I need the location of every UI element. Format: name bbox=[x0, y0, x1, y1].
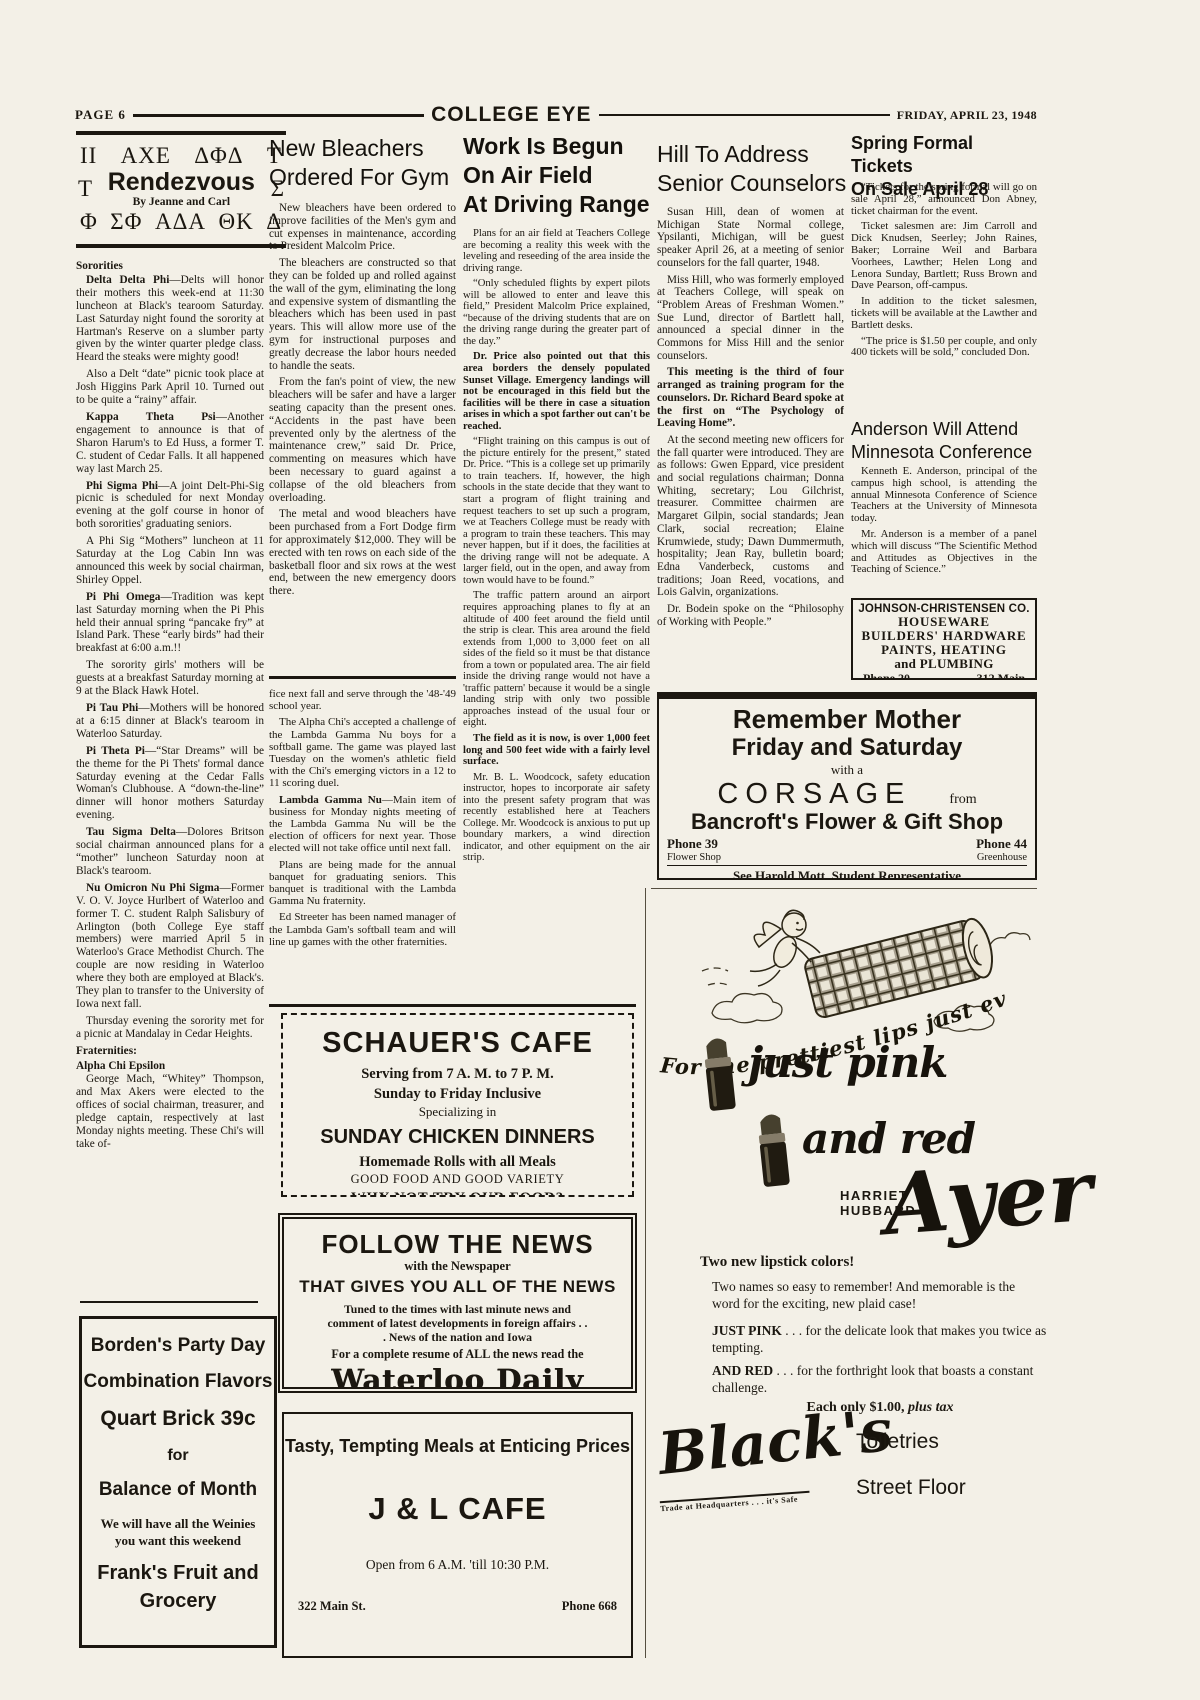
rendezvous-title-row: Τ Rendezvous By Jeanne and Carl Σ bbox=[78, 170, 284, 208]
ad-line: BUILDERS' HARDWARE bbox=[853, 629, 1035, 643]
article-paragraph: Alpha Chi Epsilon bbox=[76, 1060, 264, 1073]
article-paragraph: “Only scheduled flights by expert pilots… bbox=[463, 278, 650, 347]
johnson-christensen-ad: JOHNSON-CHRISTENSEN CO. HOUSEWARE BUILDE… bbox=[851, 598, 1037, 680]
article-paragraph: Also a Delt “date” picnic took place at … bbox=[76, 368, 264, 407]
article-paragraph: The bleachers are constructed so that th… bbox=[269, 257, 456, 372]
article-paragraph: “The price is $1.50 per couple, and only… bbox=[851, 336, 1037, 360]
article-paragraph: The traffic pattern around an airport re… bbox=[463, 590, 650, 729]
column-byline: By Jeanne and Carl bbox=[108, 196, 255, 208]
ad-address: 322 Main St. bbox=[298, 1599, 366, 1614]
ad-body-text: Two names so easy to remember! And memor… bbox=[712, 1278, 1042, 1312]
ad-headline: Tasty, Tempting Meals at Enticing Prices bbox=[284, 1436, 631, 1457]
article-paragraph: Mr. B. L. Woodcock, safety education ins… bbox=[463, 772, 650, 864]
store-tagline: Trade at Headquarters . . . it's Safe bbox=[660, 1491, 810, 1513]
greek-letter: ΑΧΕ bbox=[121, 143, 171, 169]
hill-article: Susan Hill, dean of women at Michigan St… bbox=[657, 206, 844, 680]
ad-phones-row: Phone 39 Flower Shop Phone 44 Greenhouse bbox=[659, 834, 1035, 863]
ad-address: 312 Main bbox=[977, 671, 1025, 680]
borden-grocery-ad: Borden's Party Day Combination Flavors Q… bbox=[79, 1316, 277, 1648]
ad-top-hairline bbox=[651, 888, 1037, 889]
newspaper-name-blackletter: Waterloo Daily Courier bbox=[284, 1365, 631, 1389]
greek-letter: ΘΚ bbox=[218, 209, 253, 235]
ad-line: Homemade Rolls with all Meals bbox=[283, 1154, 632, 1171]
article-paragraph: George Mach, “Whitey” Thompson, and Max … bbox=[76, 1073, 264, 1150]
greek-letter: ΔΦΔ bbox=[194, 143, 243, 169]
article-paragraph: Miss Hill, who was formerly employed at … bbox=[657, 274, 844, 363]
article-paragraph: Kenneth E. Anderson, principal of the ca… bbox=[851, 466, 1037, 525]
greek-letters-row: ΙΙ ΑΧΕ ΔΦΔ Τ bbox=[78, 143, 284, 169]
greek-letter: ΣΦ bbox=[110, 209, 142, 235]
article-paragraph: The field as it is now, is over 1,000 fe… bbox=[463, 733, 650, 768]
ad-dept: Flower Shop bbox=[667, 852, 721, 863]
article-paragraph: Plans are being made for the annual banq… bbox=[269, 859, 456, 908]
column-title: Rendezvous bbox=[108, 170, 255, 195]
store-floor: Street Floor bbox=[856, 1476, 966, 1500]
issue-date: FRIDAY, APRIL 23, 1948 bbox=[897, 108, 1037, 123]
ad-line: GOOD FOOD AND GOOD VARIETY bbox=[283, 1172, 632, 1187]
airfield-headline: Work Is Begun On Air Field At Driving Ra… bbox=[463, 132, 655, 219]
ad-line: HOUSEWARE bbox=[853, 615, 1035, 629]
ad-price-line: Quart Brick 39c bbox=[82, 1407, 274, 1431]
article-paragraph: Tau Sigma Delta—Dolores Britson social c… bbox=[76, 826, 264, 878]
jl-cafe-ad: Tasty, Tempting Meals at Enticing Prices… bbox=[282, 1412, 633, 1658]
newspaper-masthead: COLLEGE EYE bbox=[431, 103, 591, 127]
ad-line: Sunday to Friday Inclusive bbox=[283, 1086, 632, 1103]
ad-representative-line: See Harold Mott, Student Representative bbox=[667, 865, 1027, 880]
greek-letter: ΑΔΑ bbox=[155, 209, 206, 235]
article-paragraph: Thursday evening the sorority met for a … bbox=[76, 1015, 264, 1041]
article-paragraph: Mr. Anderson is a member of a panel whic… bbox=[851, 529, 1037, 576]
article-paragraph: Pi Phi Omega—Tradition was kept last Sat… bbox=[76, 591, 264, 656]
greek-letter: Φ bbox=[80, 209, 98, 235]
ad-phone: Phone 668 bbox=[562, 1599, 617, 1614]
advertiser-name: Frank's Fruit and bbox=[82, 1561, 274, 1585]
bleachers-article: New bleachers have been ordered to impro… bbox=[269, 202, 456, 670]
article-paragraph: Phi Sigma Phi—A joint Delt-Phi-Sig picni… bbox=[76, 480, 264, 532]
greek-letters-row: Φ ΣΦ ΑΔΑ ΘΚ Δ bbox=[78, 209, 284, 235]
ad-line: For a complete resume of ALL the news re… bbox=[284, 1347, 631, 1362]
article-paragraph: Kappa Theta Psi—Another engagement to an… bbox=[76, 411, 264, 476]
ad-headline: SUNDAY CHICKEN DINNERS bbox=[283, 1126, 632, 1149]
ad-headline: FOLLOW THE NEWS bbox=[284, 1231, 631, 1258]
article-paragraph: This meeting is the third of four arrang… bbox=[657, 366, 844, 430]
ad-line: with the Newspaper bbox=[284, 1259, 631, 1274]
article-paragraph: Fraternities: bbox=[76, 1045, 264, 1058]
ad-line: Serving from 7 A. M. to 7 P. M. bbox=[283, 1066, 632, 1083]
ad-line: We will have all the Weinies bbox=[82, 1515, 274, 1532]
article-paragraph: Ed Streeter has been named manager of th… bbox=[269, 911, 456, 948]
ad-line: Specializing in bbox=[283, 1104, 632, 1120]
article-paragraph: Dr. Bodein spoke on the “Philosophy of W… bbox=[657, 603, 844, 628]
article-paragraph: Pi Tau Phi—Mothers will be honored at a … bbox=[76, 702, 264, 741]
advertiser-name: Bancroft's Flower & Gift Shop bbox=[659, 809, 1035, 834]
ad-hours: Open from 6 A.M. 'till 10:30 P.M. bbox=[284, 1557, 631, 1573]
ad-product: CORSAGE bbox=[717, 779, 911, 809]
newspaper-page: PAGE 6 COLLEGE EYE FRIDAY, APRIL 23, 194… bbox=[0, 0, 1200, 1700]
advertiser-name: Grocery bbox=[82, 1589, 274, 1613]
hill-headline: Hill To Address Senior Counselors bbox=[657, 140, 849, 198]
ad-body-text: AND RED . . . for the forthright look th… bbox=[712, 1362, 1048, 1396]
greek-letter: ΙΙ bbox=[80, 143, 97, 169]
page-header: PAGE 6 COLLEGE EYE FRIDAY, APRIL 23, 194… bbox=[75, 103, 1037, 127]
ad-left-hairline bbox=[645, 888, 646, 1658]
article-paragraph: Plans for an air field at Teachers Colle… bbox=[463, 228, 650, 274]
article-paragraph: At the second meeting new officers for t… bbox=[657, 434, 844, 599]
article-paragraph: The Alpha Chi's accepted a challenge of … bbox=[269, 716, 456, 789]
header-rule-right bbox=[599, 114, 890, 116]
ad-line: Combination Flavors bbox=[82, 1371, 274, 1393]
ad-separator-rule bbox=[269, 1004, 636, 1007]
ad-line: from bbox=[949, 792, 976, 807]
article-paragraph: fice next fall and serve through the '48… bbox=[269, 688, 456, 712]
just-pink-script: just pink bbox=[748, 1038, 947, 1087]
article-paragraph: From the fan's point of view, the new bl… bbox=[269, 376, 456, 504]
article-divider-rule bbox=[269, 676, 456, 679]
anderson-headline: Anderson Will Attend Minnesota Conferenc… bbox=[851, 418, 1039, 464]
article-paragraph: “Tickets for the spring formal will go o… bbox=[851, 182, 1037, 217]
ad-line: Friday and Saturday bbox=[659, 734, 1035, 761]
ad-dept: Greenhouse bbox=[976, 852, 1027, 863]
ad-phone: Phone 44 bbox=[976, 836, 1027, 852]
bleachers-headline: New Bleachers Ordered For Gym bbox=[269, 134, 461, 192]
article-paragraph: Ticket salesmen are: Jim Carroll and Dic… bbox=[851, 221, 1037, 292]
article-paragraph: Nu Omicron Nu Phi Sigma—Former V. O. V. … bbox=[76, 882, 264, 1011]
product-name: JUST PINK bbox=[712, 1323, 782, 1338]
ad-headline: Remember Mother bbox=[659, 705, 1035, 734]
advertiser-name: SCHAUER'S CAFE bbox=[283, 1027, 632, 1060]
product-name: AND RED bbox=[712, 1363, 773, 1378]
schauers-cafe-ad: SCHAUER'S CAFE Serving from 7 A. M. to 7… bbox=[281, 1013, 634, 1197]
article-paragraph: “Flight training on this campus is out o… bbox=[463, 436, 650, 586]
page-number: PAGE 6 bbox=[75, 107, 126, 123]
ad-subhead: Two new lipstick colors! bbox=[700, 1254, 854, 1271]
ad-line: Balance of Month bbox=[82, 1479, 274, 1501]
airfield-article: Plans for an air field at Teachers Colle… bbox=[463, 228, 650, 1002]
article-paragraph: In addition to the ticket salesmen, tick… bbox=[851, 296, 1037, 331]
article-paragraph: Pi Theta Pi—“Star Dreams” will be the th… bbox=[76, 745, 264, 822]
ad-footer-row: 322 Main St. Phone 668 bbox=[284, 1599, 631, 1614]
ad-phone: Phone 39 bbox=[667, 836, 721, 852]
ad-phone: Phone 20 bbox=[863, 671, 910, 680]
ad-line: with a bbox=[659, 762, 1035, 778]
ad-body-text: JUST PINK . . . for the delicate look th… bbox=[712, 1322, 1048, 1356]
header-rule-left bbox=[133, 114, 424, 117]
waterloo-courier-ad: FOLLOW THE NEWS with the Newspaper THAT … bbox=[282, 1217, 633, 1389]
article-paragraph: Dr. Price also pointed out that this are… bbox=[463, 351, 650, 432]
article-paragraph: Lambda Gamma Nu—Main item of business fo… bbox=[269, 794, 456, 855]
sororities-column: Sororities Delta Delta Phi—Delts will ho… bbox=[76, 258, 264, 1298]
store-department: Toiletries bbox=[856, 1430, 939, 1454]
ad-body-text: Tuned to the times with last minute news… bbox=[327, 1302, 589, 1344]
article-paragraph: Delta Delta Phi—Delts will honor their m… bbox=[76, 274, 264, 364]
article-paragraph: Sororities bbox=[76, 260, 264, 273]
lipstick-tube-icon bbox=[750, 1104, 796, 1190]
greek-letter: Τ bbox=[78, 176, 92, 202]
column-divider-rule bbox=[80, 1301, 258, 1303]
article-paragraph: The metal and wood bleachers have been p… bbox=[269, 508, 456, 598]
ad-line: WHY NOT TRY OUR FOOD? bbox=[283, 1190, 632, 1197]
ad-footer-row: Phone 20 312 Main bbox=[853, 671, 1035, 680]
rendezvous-masthead: ΙΙ ΑΧΕ ΔΦΔ Τ Τ Rendezvous By Jeanne and … bbox=[76, 131, 286, 248]
bancrofts-flower-ad: Remember Mother Friday and Saturday with… bbox=[657, 692, 1037, 880]
article-paragraph: A Phi Sig “Mothers” luncheon at 11 Satur… bbox=[76, 535, 264, 587]
ayer-brand-script: Ayer bbox=[881, 1141, 1096, 1254]
spring-formal-article: “Tickets for the spring formal will go o… bbox=[851, 182, 1037, 414]
lipstick-tube-icon bbox=[696, 1028, 742, 1114]
ad-line: for bbox=[82, 1447, 274, 1465]
ad-subheadline: THAT GIVES YOU ALL OF THE NEWS bbox=[284, 1277, 631, 1297]
ad-line: you want this weekend bbox=[82, 1532, 274, 1549]
article-paragraph: The sorority girls' mothers will be gues… bbox=[76, 659, 264, 698]
rendezvous-continuation: fice next fall and serve through the '48… bbox=[269, 688, 456, 1002]
article-paragraph: New bleachers have been ordered to impro… bbox=[269, 202, 456, 253]
ad-line: and PLUMBING bbox=[853, 657, 1035, 671]
corsage-row: CORSAGE from bbox=[659, 779, 1035, 809]
advertiser-name: J & L CAFE bbox=[284, 1491, 631, 1527]
article-paragraph: Susan Hill, dean of women at Michigan St… bbox=[657, 206, 844, 270]
ad-line: PAINTS, HEATING bbox=[853, 643, 1035, 657]
ad-headline: Borden's Party Day bbox=[82, 1335, 274, 1357]
anderson-article: Kenneth E. Anderson, principal of the ca… bbox=[851, 466, 1037, 592]
